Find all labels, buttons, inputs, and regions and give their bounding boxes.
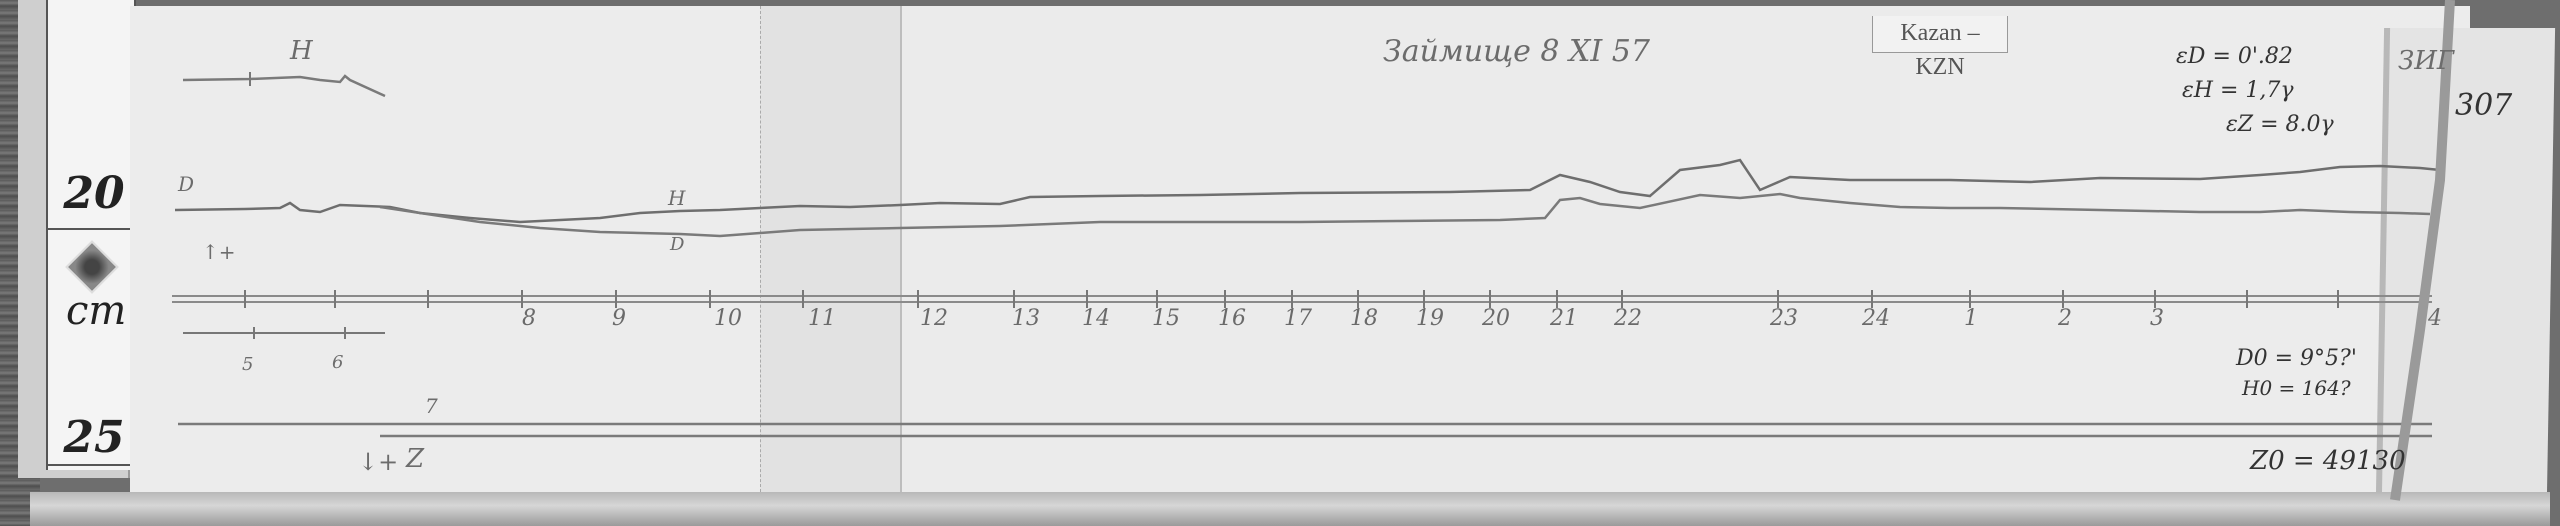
hour-label: 20	[1482, 306, 1510, 331]
hour-label: 13	[1012, 306, 1040, 331]
hour-label: 9	[612, 306, 626, 331]
scale-value-z: εZ = 8.0γ	[2226, 112, 2334, 137]
h-trace	[175, 160, 2440, 222]
hour-label: 3	[2150, 306, 2164, 331]
scale-value-h: εH = 1,7γ	[2182, 78, 2294, 103]
hour-label: 4	[2428, 306, 2442, 331]
hour-label: 21	[1550, 306, 1578, 331]
record-title: Займище 8 XI 57	[1383, 34, 1650, 69]
hour-label: 22	[1614, 306, 1642, 331]
hour-label: 16	[1218, 306, 1246, 331]
z-tick-label: 7	[425, 394, 438, 418]
z-trace-label: Z	[406, 444, 424, 474]
left-tick-6: 6	[332, 352, 343, 373]
hour-label: 18	[1350, 306, 1378, 331]
hour-label: 24	[1862, 306, 1890, 331]
hour-label: 1	[1964, 306, 1978, 331]
hour-label: 10	[714, 306, 742, 331]
hour-label: 12	[920, 306, 948, 331]
hour-label: 8	[522, 306, 536, 331]
station-code: ЗИГ	[2398, 46, 2454, 76]
hour-label: 17	[1284, 306, 1312, 331]
left-tick-5: 5	[242, 354, 253, 375]
hour-label: 15	[1152, 306, 1180, 331]
hour-label: 19	[1416, 306, 1444, 331]
h-reference-trace	[183, 76, 385, 96]
d-trace	[380, 194, 2430, 236]
baseline-d0: D0 = 9°5?'	[2236, 346, 2357, 371]
h-reference-label: H	[290, 36, 313, 66]
d-trace-label: D	[670, 234, 684, 255]
sheet-number: 307	[2455, 88, 2512, 123]
baseline-z0: Z0 = 49130	[2250, 446, 2406, 476]
scale-value-d: εD = 0'.82	[2176, 44, 2293, 69]
polarity-marks: ↑+	[202, 240, 236, 264]
z-sign-label: ↓+	[358, 448, 398, 476]
hour-label: 2	[2058, 306, 2072, 331]
h-trace-label: H	[668, 186, 685, 210]
d-left-label: D	[178, 172, 194, 196]
hour-label: 23	[1770, 306, 1798, 331]
baseline-h0: H0 = 164?	[2242, 376, 2351, 400]
hour-label: 11	[808, 306, 836, 331]
hour-label: 14	[1082, 306, 1110, 331]
